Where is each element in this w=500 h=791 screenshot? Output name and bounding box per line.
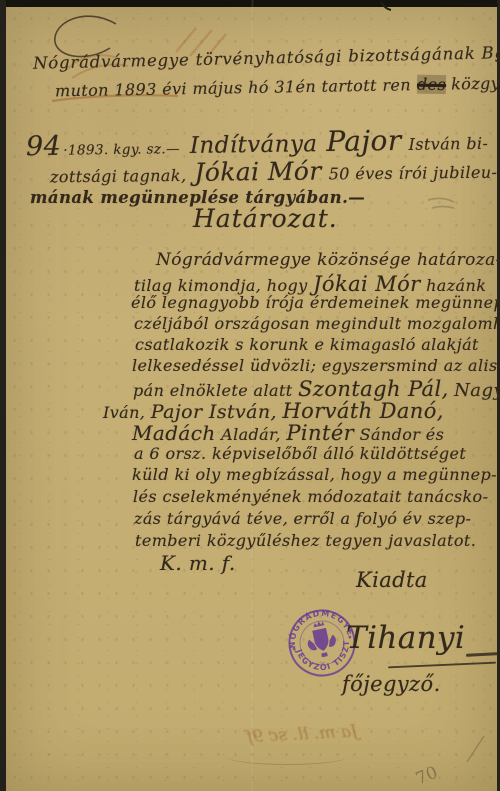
body-line-1: Nógrádvármegye közönsége határoza- bbox=[156, 250, 500, 270]
body-line-9b: Aladár, bbox=[221, 425, 281, 444]
body-line-14: temberi közgyűléshez tegyen javaslatot. bbox=[135, 531, 476, 550]
scan-edge-left bbox=[0, 0, 6, 791]
name-pajor-body: Pajor István, bbox=[151, 401, 277, 423]
body-line-4: czéljából országosan megindult mozgalomh… bbox=[134, 314, 500, 333]
case-number-suffix: ·1893. kgy. sz.— bbox=[63, 141, 180, 159]
body-line-8a: Iván, bbox=[103, 403, 145, 422]
body-line-8: Iván, Pajor István, Horváth Danó, bbox=[103, 399, 444, 423]
body-line-3: élő legnagyobb írója érdemeinek megünnep… bbox=[131, 293, 500, 312]
name-madach: Madách bbox=[132, 421, 216, 445]
case-line-2: zottsági tagnak, Jókai Mór 50 éves írói … bbox=[50, 155, 498, 189]
body-line-13: zás tárgyává téve, erről a folyó év szep… bbox=[134, 509, 471, 528]
name-nagy: Nagy bbox=[454, 380, 500, 401]
case-line-2-tail: 50 éves írói jubileu- bbox=[329, 163, 498, 184]
name-pinter: Pintér bbox=[286, 421, 354, 445]
header-line-2-tail: közgyűlésén- bbox=[451, 73, 500, 94]
body-line-7a: pán elnöklete alatt bbox=[133, 381, 293, 400]
body-line-7: pán elnöklete alatt Szontagh Pál, Nagy bbox=[133, 377, 500, 401]
body-line-12: lés cselekményének módozatait tanácsko- bbox=[133, 487, 488, 506]
scanned-document-page: Nógrádvármegye törvényhatósági bizottság… bbox=[0, 0, 500, 791]
body-line-5: csatlakozik s korunk e kimagasló alakját bbox=[135, 335, 479, 354]
case-line-1-tail: István bi- bbox=[408, 134, 488, 154]
body-line-9: Madách Aladár, Pintér Sándor és bbox=[132, 421, 444, 445]
name-szontagh: Szontagh Pál, bbox=[298, 377, 449, 401]
body-line-9d: Sándor és bbox=[360, 425, 445, 444]
kiadta-label: Kiadta bbox=[356, 568, 428, 592]
signature-name: Tihanyi bbox=[346, 620, 465, 656]
kmf-closing: K. m. f. bbox=[160, 551, 236, 575]
case-line-2-text: zottsági tagnak, bbox=[50, 166, 187, 186]
body-line-6: lelkesedéssel üdvözli; egyszersmind az a… bbox=[132, 356, 500, 375]
struck-word: des bbox=[416, 75, 445, 95]
signature-title: főjegyző. bbox=[342, 672, 441, 696]
name-horvath: Horváth Danó, bbox=[282, 399, 443, 423]
bleedthrough-arc bbox=[226, 748, 348, 765]
motion-word: Indítványa bbox=[190, 131, 318, 159]
name-jokai-mor: Jókai Mór bbox=[194, 156, 322, 186]
scan-edge-top bbox=[0, 0, 500, 7]
name-pajor: Pajor bbox=[326, 124, 402, 158]
body-line-11: küld ki oly megbízással, hogy a megünnep… bbox=[132, 465, 497, 484]
resolution-heading: Határozat. bbox=[193, 204, 338, 233]
body-line-10: a 6 orsz. képviselőből álló küldöttséget bbox=[134, 444, 466, 463]
case-number: 94 bbox=[26, 131, 62, 162]
